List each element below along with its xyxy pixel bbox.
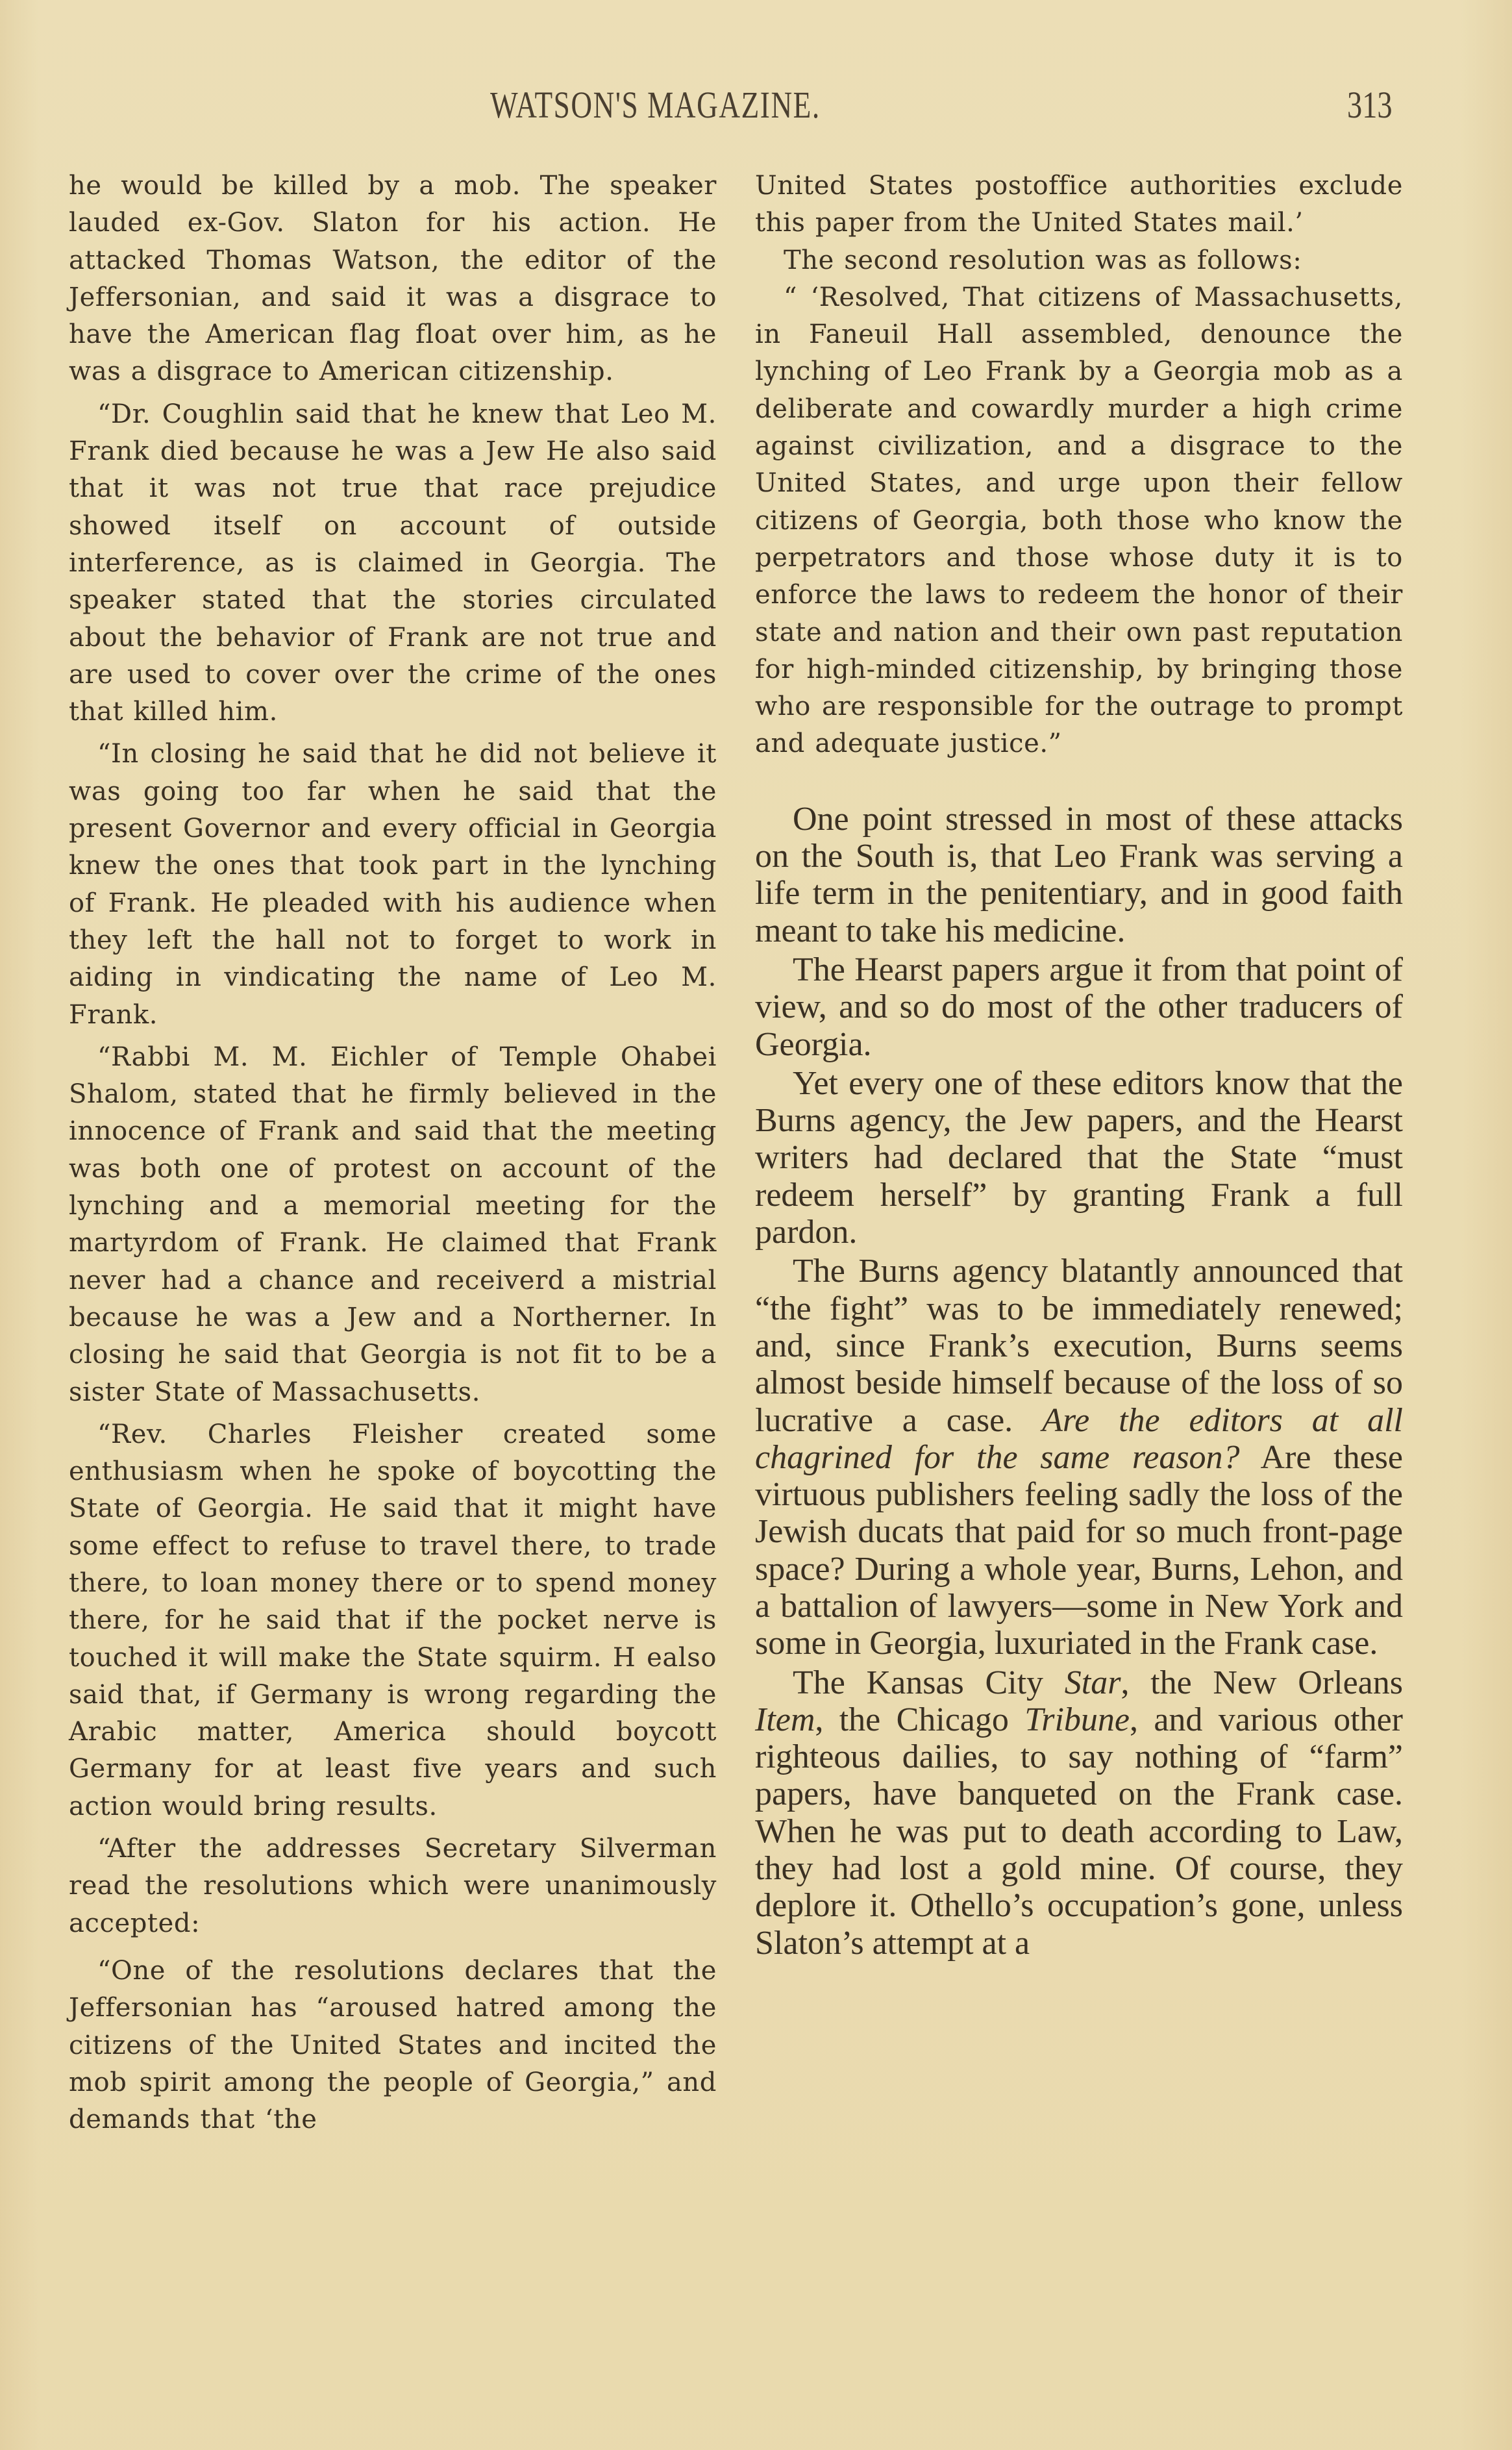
quoted-resolutions: United States postoffice authorities exc… [755,168,1403,763]
paragraph-yet-every-one: Yet every one of these editors know that… [755,1065,1403,1251]
text-run: , the New Orleans [1121,1664,1403,1701]
newspaper-name-item: Item [755,1701,815,1738]
newspaper-name-tribune: Tribune [1024,1701,1130,1738]
paragraph-slaton-watson: he would be killed by a mob. The speaker… [69,168,717,391]
paragraph-coughlin: “Dr. Coughlin said that he knew that Leo… [69,396,717,731]
paragraph-burns-agency: The Burns agency blatantly announced tha… [755,1253,1403,1662]
paragraph-first-resolution: “One of the resolutions declares that th… [69,1953,717,2138]
text-run: , and various other righteous dailies, t… [755,1701,1403,1962]
editorial-commentary: One point stressed in most of these atta… [755,801,1403,1962]
paragraph-one-point-stressed: One point stressed in most of these atta… [755,801,1403,949]
paragraph-rev-fleisher: “Rev. Charles Fleisher created some enth… [69,1416,717,1825]
page-number: 313 [1347,83,1393,127]
paragraph-rabbi-eichler: “Rabbi M. M. Eichler of Temple Ohabei Sh… [69,1039,717,1411]
paragraph-postoffice: United States postoffice authorities exc… [755,168,1403,242]
paragraph-second-resolution-intro: The second resolution was as follows: [755,242,1403,279]
text-run: , the Chicago [815,1701,1024,1738]
paragraph-in-closing: “In closing he said that he did not beli… [69,736,717,1033]
paragraph-hearst-papers: The Hearst papers argue it from that poi… [755,951,1403,1063]
right-column: United States postoffice authorities exc… [755,168,1403,1962]
paragraph-secretary-silverman: “After the addresses Secretary Silverman… [69,1831,717,1942]
newspaper-name-star: Star [1065,1664,1121,1701]
running-header: WATSON'S MAGAZINE. 313 [0,77,1512,129]
magazine-title: WATSON'S MAGAZINE. [490,83,821,127]
magazine-page: WATSON'S MAGAZINE. 313 he would be kille… [0,0,1512,2450]
paragraph-resolved: “ ‘Resolved, That citizens of Massachuse… [755,279,1403,763]
left-column: he would be killed by a mob. The speaker… [69,168,717,2138]
paragraph-kansas-city-star: The Kansas City Star, the New Orleans It… [755,1664,1403,1962]
text-run: The Kansas City [793,1664,1065,1701]
